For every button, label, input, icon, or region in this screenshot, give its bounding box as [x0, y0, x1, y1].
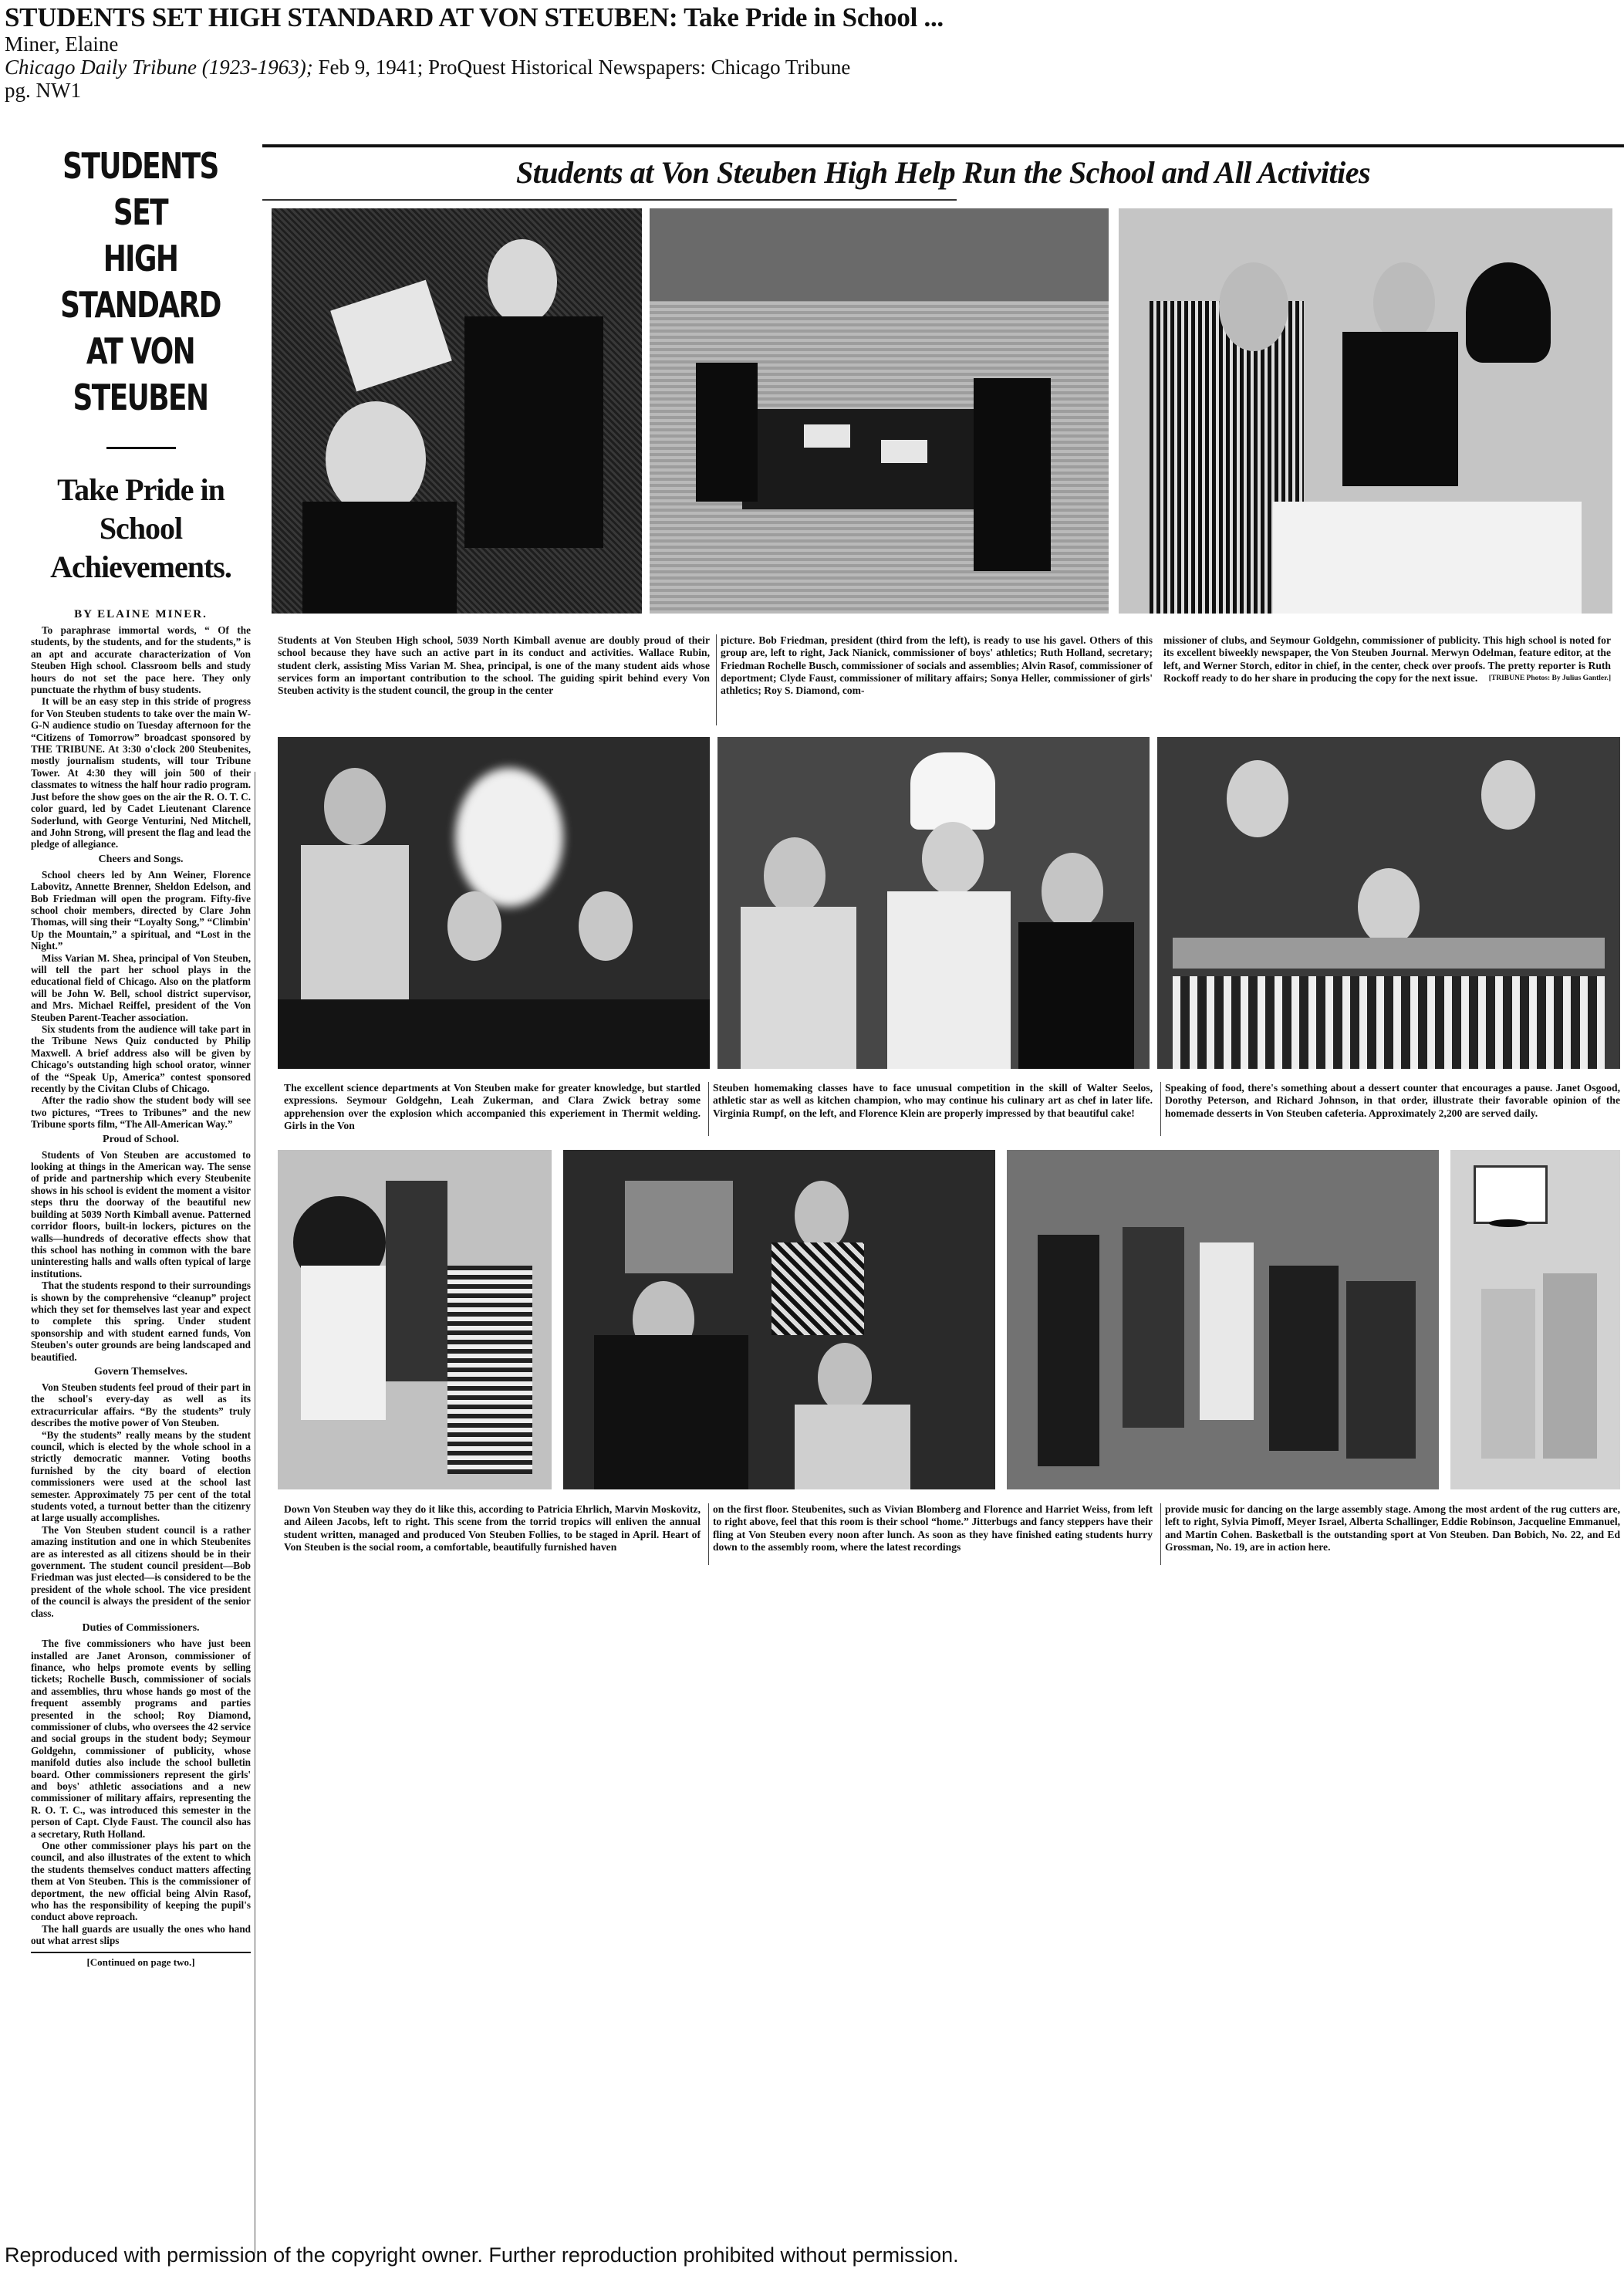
- citation-page: pg. NW1: [5, 79, 1162, 102]
- citation-title: STUDENTS SET HIGH STANDARD AT VON STEUBE…: [5, 3, 1162, 32]
- copyright-footer: Reproduced with permission of the copyri…: [5, 2242, 959, 2268]
- paragraph: One other commissioner plays his part on…: [31, 1840, 251, 1923]
- paragraph: The five commissioners who have just bee…: [31, 1638, 251, 1840]
- photo-homemaking-chef: [717, 737, 1150, 1069]
- column-rule: [255, 772, 255, 2253]
- photo-dancing: [1007, 1150, 1439, 1489]
- caption-text: Speaking of food, there's something abou…: [1165, 1082, 1620, 1120]
- subhead: Proud of School.: [31, 1134, 251, 1146]
- photo-banner: Students at Von Steuben High Help Run th…: [262, 149, 1624, 197]
- caption-rule: [1160, 1082, 1161, 1136]
- paragraph: The hall guards are usually the ones who…: [31, 1923, 251, 1947]
- continued-notice: [Continued on page two.]: [31, 1952, 251, 1969]
- caption-text: Down Von Steuben way they do it like thi…: [284, 1503, 701, 1553]
- headline-line: HIGH STANDARD: [32, 235, 249, 328]
- citation-header: STUDENTS SET HIGH STANDARD AT VON STEUBE…: [5, 3, 1162, 102]
- caption-row1-col3: missioner of clubs, and Seymour Goldgehn…: [1163, 634, 1611, 685]
- caption-text: picture. Bob Friedman, president (third …: [721, 634, 1153, 697]
- caption-text: Steuben homemaking classes have to face …: [713, 1082, 1153, 1120]
- paragraph: To paraphrase immortal words, “ Of the s…: [31, 624, 251, 695]
- caption-row2-col1: The excellent science departments at Von…: [284, 1082, 701, 1132]
- photo-newspaper-editors: [1119, 208, 1612, 614]
- caption-row3-col3: provide music for dancing on the large a…: [1165, 1503, 1620, 1553]
- caption-text: on the first floor. Steubenites, such as…: [713, 1503, 1153, 1553]
- citation-author: Miner, Elaine: [5, 32, 1162, 56]
- paragraph: School cheers led by Ann Weiner, Florenc…: [31, 869, 251, 952]
- paragraph: That the students respond to their surro…: [31, 1280, 251, 1363]
- article-deck: Take Pride in School Achievements.: [31, 471, 251, 587]
- article-body: To paraphrase immortal words, “ Of the s…: [31, 624, 251, 1947]
- paragraph: Von Steuben students feel proud of their…: [31, 1381, 251, 1429]
- paragraph: “By the students” really means by the st…: [31, 1429, 251, 1524]
- caption-row1-col2: picture. Bob Friedman, president (third …: [721, 634, 1153, 697]
- citation-source: Chicago Daily Tribune (1923-1963); Feb 9…: [5, 56, 1162, 79]
- article-column: STUDENTS SET HIGH STANDARD AT VON STEUBE…: [31, 143, 251, 1969]
- paragraph: After the radio show the student body wi…: [31, 1094, 251, 1130]
- caption-row2-col3: Speaking of food, there's something abou…: [1165, 1082, 1620, 1120]
- subhead: Govern Themselves.: [31, 1366, 251, 1378]
- caption-row1-col1: Students at Von Steuben High school, 503…: [278, 634, 710, 697]
- paragraph: Miss Varian M. Shea, principal of Von St…: [31, 952, 251, 1023]
- caption-text: Students at Von Steuben High school, 503…: [278, 634, 710, 697]
- caption-text: provide music for dancing on the large a…: [1165, 1503, 1620, 1553]
- caption-row3-col2: on the first floor. Steubenites, such as…: [713, 1503, 1153, 1553]
- caption-rule: [708, 1082, 709, 1136]
- article-headline: STUDENTS SET HIGH STANDARD AT VON STEUBE…: [32, 143, 249, 421]
- caption-rule: [1160, 1503, 1161, 1565]
- byline: BY ELAINE MINER.: [31, 608, 251, 621]
- headline-line: STUDENTS SET: [32, 143, 249, 235]
- subhead: Cheers and Songs.: [31, 854, 251, 866]
- banner-bottom-rule: [262, 199, 957, 201]
- paragraph: Six students from the audience will take…: [31, 1023, 251, 1094]
- photo-science-explosion: [278, 737, 710, 1069]
- subhead: Duties of Commissioners.: [31, 1622, 251, 1635]
- caption-row2-col2: Steuben homemaking classes have to face …: [713, 1082, 1153, 1120]
- photo-student-council: [650, 208, 1109, 614]
- photo-basketball: [1450, 1150, 1620, 1489]
- headline-line: AT VON STEUBEN: [32, 328, 249, 421]
- caption-rule: [708, 1503, 709, 1565]
- caption-text: The excellent science departments at Von…: [284, 1082, 701, 1132]
- paragraph: Students of Von Steuben are accustomed t…: [31, 1149, 251, 1280]
- publication-name: Chicago Daily Tribune (1923-1963);: [5, 56, 313, 79]
- photo-social-room: [563, 1150, 995, 1489]
- banner-headline: Students at Von Steuben High Help Run th…: [516, 155, 1370, 190]
- caption-rule: [716, 634, 717, 725]
- banner-top-rule: [262, 144, 1624, 147]
- photo-dessert-counter: [1157, 737, 1620, 1069]
- photo-clerk-principal: [272, 208, 642, 614]
- photo-follies: [278, 1150, 552, 1489]
- paragraph: The Von Steuben student council is a rat…: [31, 1524, 251, 1619]
- headline-divider: [106, 447, 176, 449]
- paragraph: It will be an easy step in this stride o…: [31, 695, 251, 850]
- publication-date-source: Feb 9, 1941; ProQuest Historical Newspap…: [313, 56, 851, 79]
- caption-row3-col1: Down Von Steuben way they do it like thi…: [284, 1503, 701, 1553]
- photo-credit: [TRIBUNE Photos: By Julius Gantler.]: [1489, 672, 1611, 685]
